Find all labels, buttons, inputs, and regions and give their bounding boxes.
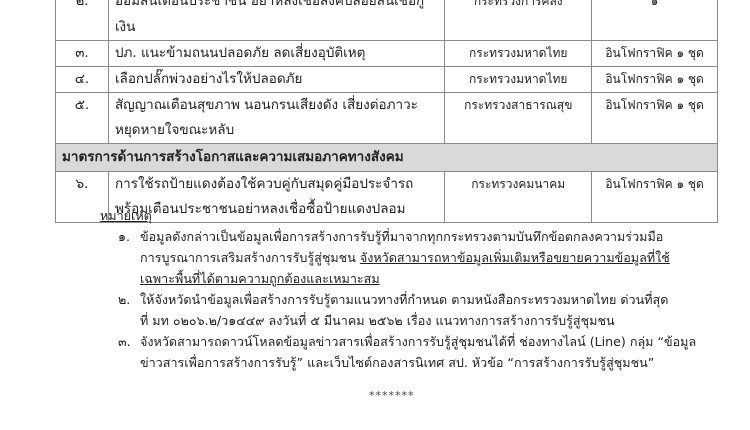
note-text-underlined: จังหวัดสามารถหาข้อมูลเพิ่มเติมหรือขยายคว…: [360, 250, 670, 265]
row-description: ปภ. แนะข้ามถนนปลอดภัย ลดเสี่ยงอุบัติเหตุ: [108, 41, 444, 67]
row-media: อินโฟกราฟิค ๑ ชุด: [592, 41, 718, 67]
row-number: ๔.: [56, 67, 109, 93]
row-ministry: กระทรวงมหาดไทย: [445, 41, 592, 67]
note-number: ๑.: [118, 226, 130, 247]
notes-section: หมายเหตุ ๑. ข้อมูลดังกล่าวเป็นข้อมูลเพื่…: [100, 205, 720, 373]
table-row: ๕. สัญญาณเตือนสุขภาพ นอนกรนเสียงดัง เสี่…: [56, 93, 718, 144]
row-number: ๕.: [56, 93, 109, 144]
row-ministry: กระทรวงการคลัง: [445, 0, 592, 41]
row-description: ออมสินเตือนประชาชน อย่าหลงเชื่อสิงค์ปล่อ…: [108, 0, 444, 41]
note-item: ๓. จังหวัดสามารถดาวน์โหลดข้อมูลข่าวสารเพ…: [100, 331, 720, 373]
note-text-underlined: เฉพาะพื้นที่ได้ตามความถูกต้องและเหมาะสม: [140, 268, 720, 289]
row-description-line: สัญญาณเตือนสุขภาพ นอนกรนเสียงดัง เสี่ยงต…: [115, 93, 438, 118]
row-ministry: กระทรวงมหาดไทย: [445, 67, 592, 93]
row-media: อินโฟกราฟิค ๑ ชุด: [592, 67, 718, 93]
row-media: อินโฟกราฟิค ๑ ชุด: [592, 93, 718, 144]
note-text-line: ข่าวสารเพื่อการสร้างการรับรู้” และเว็บไซ…: [140, 352, 720, 373]
notes-title: หมายเหตุ: [100, 205, 720, 226]
note-item: ๑. ข้อมูลดังกล่าวเป็นข้อมูลเพื่อการสร้าง…: [100, 226, 720, 289]
row-number: ๒.: [56, 0, 109, 41]
row-description: สัญญาณเตือนสุขภาพ นอนกรนเสียงดัง เสี่ยงต…: [108, 93, 444, 144]
note-number: ๒.: [118, 289, 130, 310]
note-text-line: ที่ มท ๐๒๐๖.๒/ว๑๔๔๙ ลงวันที่ ๕ มีนาคม ๒๕…: [140, 310, 720, 331]
row-ministry: กระทรวงสาธารณสุข: [445, 93, 592, 144]
table-row: ๒. ออมสินเตือนประชาชน อย่าหลงเชื่อสิงค์ป…: [56, 0, 718, 41]
row-description: เลือกปลั๊กพ่วงอย่างไรให้ปลอดภัย: [108, 67, 444, 93]
document-page: ๒. ออมสินเตือนประชาชน อย่าหลงเชื่อสิงค์ป…: [0, 0, 750, 430]
end-marker: *******: [369, 389, 415, 402]
note-number: ๓.: [118, 331, 131, 352]
row-description-line: การใช้รถป้ายแดงต้องใช้ควบคู่กับสมุดคู่มื…: [115, 172, 438, 197]
section-header-row: มาตรการด้านการสร้างโอกาสและความเสมอภาคทา…: [56, 144, 718, 172]
table-row: ๔. เลือกปลั๊กพ่วงอย่างไรให้ปลอดภัย กระทร…: [56, 67, 718, 93]
note-text-line: ข้อมูลดังกล่าวเป็นข้อมูลเพื่อการสร้างการ…: [140, 226, 720, 247]
note-text-line: ให้จังหวัดนำข้อมูลเพื่อสร้างการรับรู้ตาม…: [140, 289, 720, 310]
note-text-line: จังหวัดสามารถดาวน์โหลดข้อมูลข่าวสารเพื่อ…: [140, 331, 720, 352]
table-row: ๓. ปภ. แนะข้ามถนนปลอดภัย ลดเสี่ยงอุบัติเ…: [56, 41, 718, 67]
note-item: ๒. ให้จังหวัดนำข้อมูลเพื่อสร้างการรับรู้…: [100, 289, 720, 331]
row-number: ๓.: [56, 41, 109, 67]
note-text-line: การบูรณาการเสริมสร้างการรับรู้สู่ชุมชน จ…: [140, 247, 720, 268]
row-media: ๑: [592, 0, 718, 41]
section-header: มาตรการด้านการสร้างโอกาสและความเสมอภาคทา…: [56, 144, 718, 172]
row-description-line: หยุดหายใจขณะหลับ: [115, 118, 438, 143]
note-text-plain: การบูรณาการเสริมสร้างการรับรู้สู่ชุมชน: [140, 250, 360, 265]
pr-media-table: ๒. ออมสินเตือนประชาชน อย่าหลงเชื่อสิงค์ป…: [55, 0, 718, 223]
